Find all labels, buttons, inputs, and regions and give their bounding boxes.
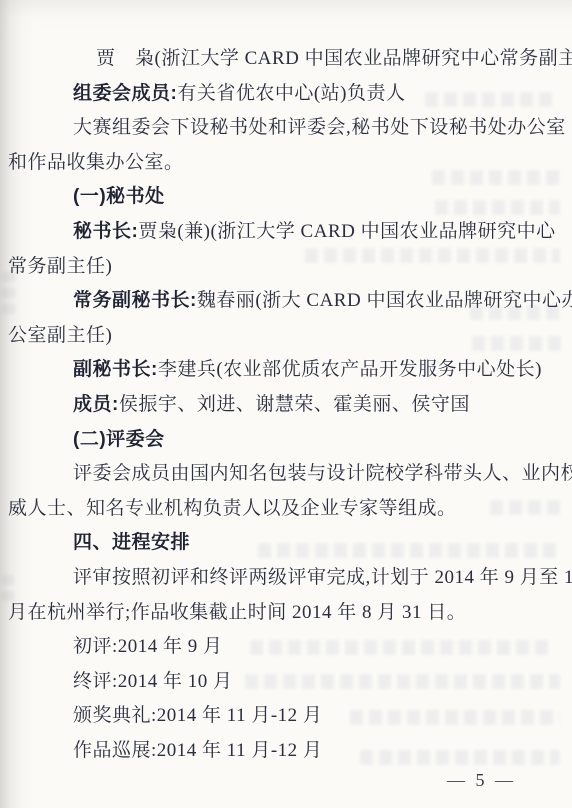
document-line: 公室副主任) [8,319,546,354]
document-line: 颁奖典礼:2014 年 11 月-12 月 [8,699,546,734]
document-line: 评审按照初评和终评两级评审完成,计划于 2014 年 9 月至 10 [8,561,546,596]
line-text: 大赛组委会下设秘书处和评委会,秘书处下设秘书处办公室 [73,117,566,138]
document-line: 副秘书长:李建兵(农业部优质农产品开发服务中心处长) [8,353,546,388]
line-text: 和作品收集办公室。 [8,152,184,173]
line-text: 评审按照初评和终评两级评审完成,计划于 2014 年 9 月至 10 [73,567,572,588]
line-label: 副秘书长: [73,359,158,380]
line-text: 常务副主任) [8,256,112,277]
line-text: 月在杭州举行;作品收集截止时间 2014 年 8 月 31 日。 [8,602,466,623]
line-text: 初评:2014 年 9 月 [73,636,223,657]
document-line: 威人士、知名专业机构负责人以及企业专家等组成。 [8,492,546,527]
document-line: 终评:2014 年 10 月 [8,665,546,700]
line-text: 李建兵(农业部优质农产品开发服务中心处长) [158,359,542,380]
document-line: 秘书长:贾枭(兼)(浙江大学 CARD 中国农业品牌研究中心 [8,215,546,250]
scanned-page: 贾 枭(浙江大学 CARD 中国农业品牌研究中心常务副主任)组委会成员:有关省优… [0,0,572,808]
document-line: (一)秘书处 [8,180,546,215]
line-text: 威人士、知名专业机构负责人以及企业专家等组成。 [8,498,457,519]
line-label: 成员: [73,394,119,415]
line-text: 魏春丽(浙大 CARD 中国农业品牌研究中心办 [197,290,572,311]
document-line: (二)评委会 [8,423,546,458]
line-text: 终评:2014 年 10 月 [73,671,233,692]
document-line: 四、进程安排 [8,526,546,561]
document-line: 作品巡展:2014 年 11 月-12 月 [8,734,546,769]
document-line: 初评:2014 年 9 月 [8,630,546,665]
page-number: — 5 — [447,770,516,791]
line-text: 有关省优农中心(站)负责人 [177,83,405,104]
document-line: 贾 枭(浙江大学 CARD 中国农业品牌研究中心常务副主任) [8,42,546,77]
line-label: 常务副秘书长: [73,290,197,311]
document-line: 常务副秘书长:魏春丽(浙大 CARD 中国农业品牌研究中心办 [8,284,546,319]
document-line: 组委会成员:有关省优农中心(站)负责人 [8,77,546,112]
document-line: 成员:侯振宇、刘进、谢慧荣、霍美丽、侯守国 [8,388,546,423]
line-text: (二)评委会 [73,429,165,450]
line-text: 作品巡展:2014 年 11 月-12 月 [73,740,322,761]
line-text: 贾 枭(浙江大学 CARD 中国农业品牌研究中心常务副主任) [96,48,572,69]
screenshot-canvas: 贾 枭(浙江大学 CARD 中国农业品牌研究中心常务副主任)组委会成员:有关省优… [0,0,572,808]
document-line: 月在杭州举行;作品收集截止时间 2014 年 8 月 31 日。 [8,596,546,631]
document-line: 和作品收集办公室。 [8,146,546,181]
document-line: 常务副主任) [8,250,546,285]
line-text: 侯振宇、刘进、谢慧荣、霍美丽、侯守国 [119,394,470,415]
line-label: 组委会成员: [73,83,177,104]
line-text: 评委会成员由国内知名包装与设计院校学科带头人、业内权 [73,463,572,484]
line-text: (一)秘书处 [73,186,165,207]
line-text: 公室副主任) [8,325,112,346]
document-body: 贾 枭(浙江大学 CARD 中国农业品牌研究中心常务副主任)组委会成员:有关省优… [8,42,546,768]
document-line: 大赛组委会下设秘书处和评委会,秘书处下设秘书处办公室 [8,111,546,146]
line-label: 秘书长: [73,221,138,242]
line-text: 四、进程安排 [73,532,190,553]
document-line: 评委会成员由国内知名包装与设计院校学科带头人、业内权 [8,457,546,492]
line-text: 贾枭(兼)(浙江大学 CARD 中国农业品牌研究中心 [138,221,555,242]
line-text: 颁奖典礼:2014 年 11 月-12 月 [73,705,322,726]
